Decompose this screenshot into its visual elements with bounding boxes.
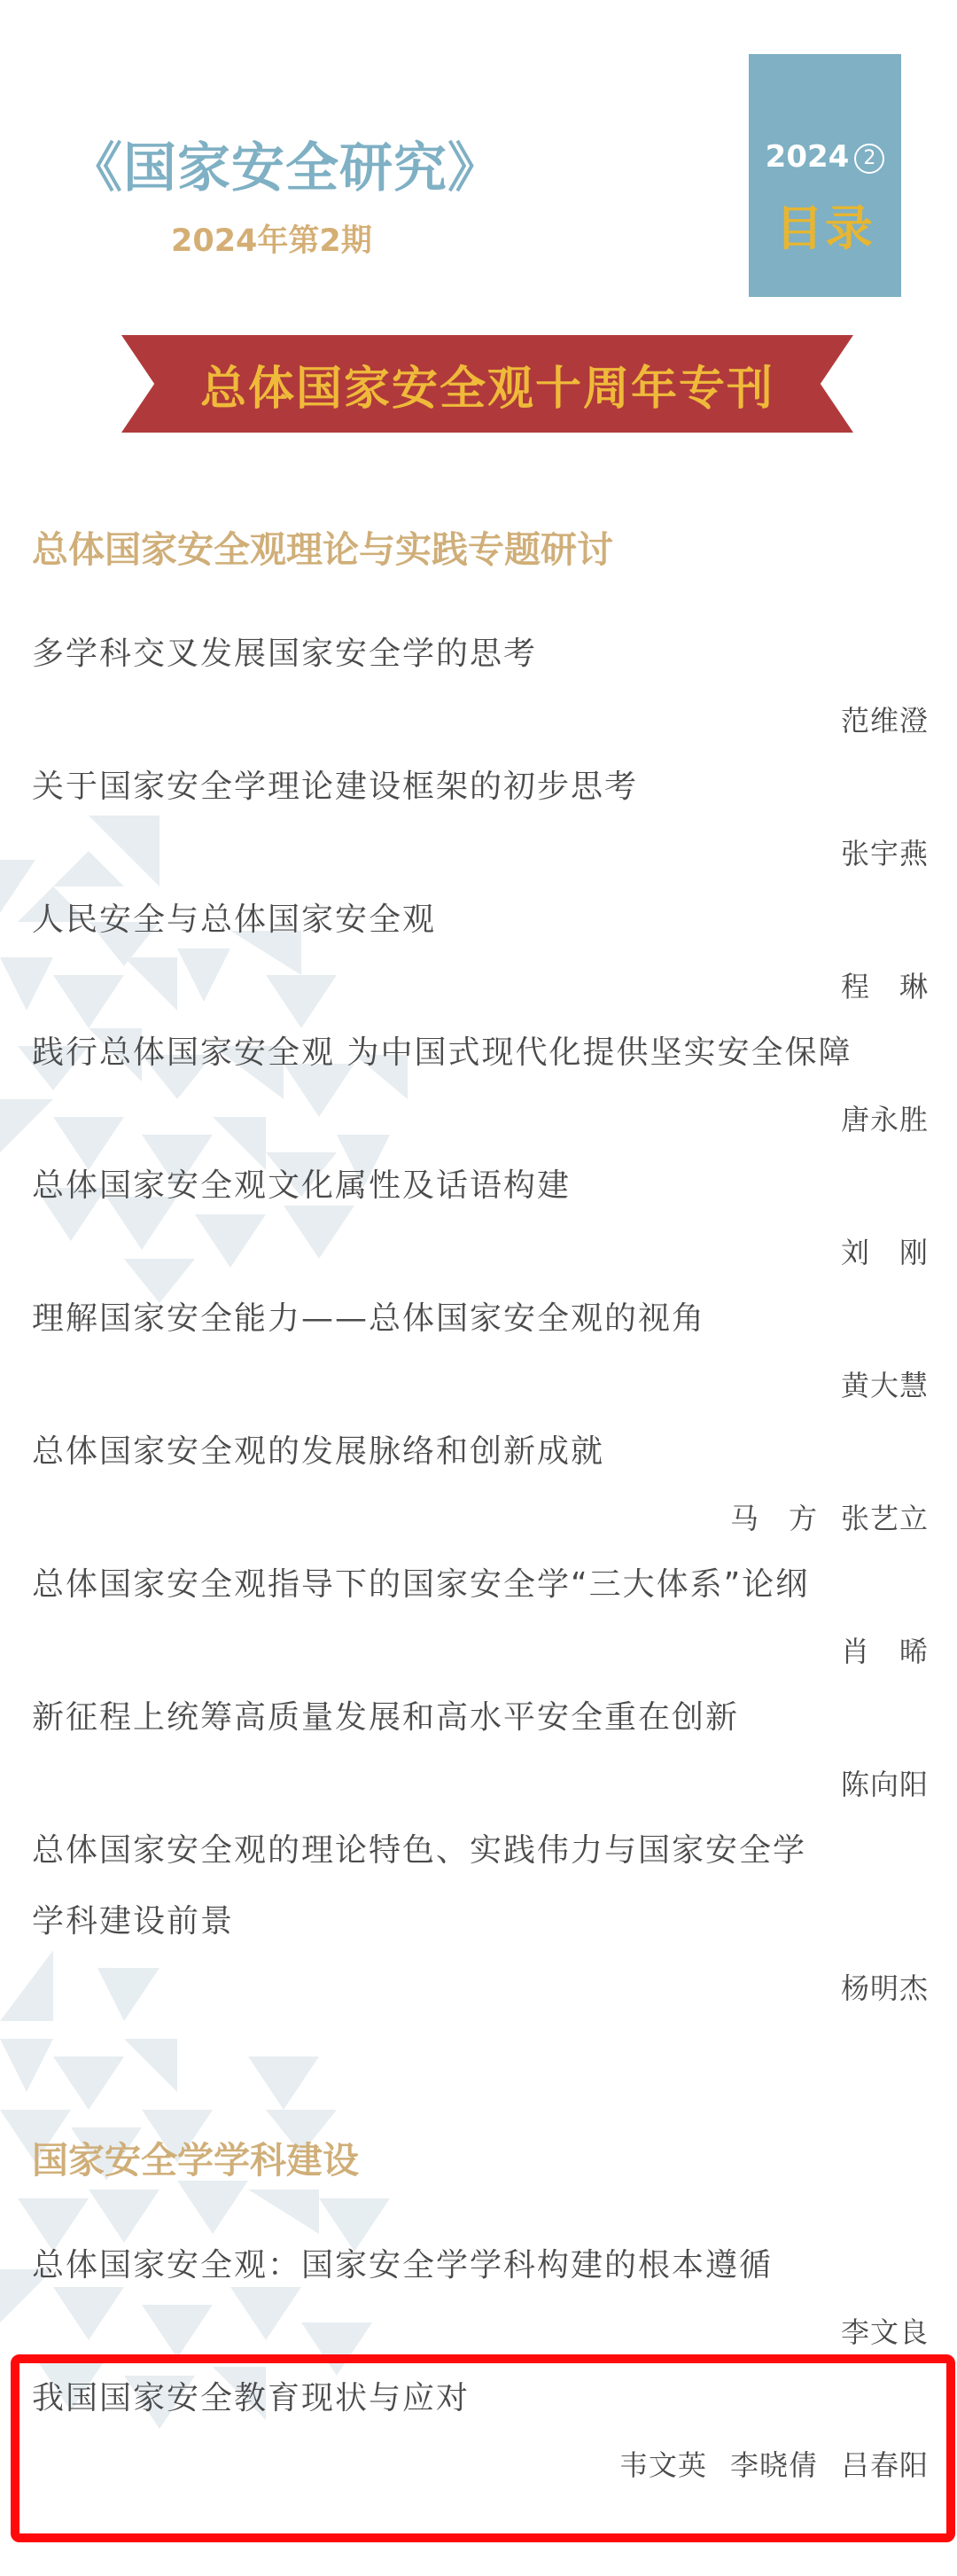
author: 马 方 <box>730 1502 818 1535</box>
entry-title[interactable]: 总体国家安全观指导下的国家安全学“三大体系”论纲 <box>32 1550 929 1620</box>
entry-authors: 杨明杰 <box>32 1957 929 2019</box>
section-heading: 国家安全学学科建设 <box>32 2135 359 2185</box>
toc-entry[interactable]: 总体国家安全观指导下的国家安全学“三大体系”论纲 肖 晞 <box>32 1550 929 1682</box>
author: 刘 刚 <box>841 1236 929 1269</box>
toc-entry[interactable]: 践行总体国家安全观 为中国式现代化提供坚实安全保障 唐永胜 <box>32 1018 929 1151</box>
author: 韦文英 <box>619 2448 707 2482</box>
entry-title[interactable]: 总体国家安全观：国家安全学学科构建的根本遵循 <box>32 2230 929 2301</box>
badge-year-line: 20242 <box>749 139 901 175</box>
entry-authors: 肖 晞 <box>32 1620 929 1682</box>
author: 陈向阳 <box>841 1768 929 1801</box>
author: 唐永胜 <box>841 1103 929 1136</box>
author: 杨明杰 <box>841 1971 929 2005</box>
author: 范维澄 <box>841 704 929 738</box>
author: 张艺立 <box>841 1502 929 1535</box>
entry-authors: 唐永胜 <box>32 1089 929 1151</box>
entry-authors: 陈向阳 <box>32 1753 929 1815</box>
entry-title[interactable]: 理解国家安全能力——总体国家安全观的视角 <box>32 1284 929 1354</box>
author: 张宇燕 <box>841 837 929 870</box>
toc-entry[interactable]: 总体国家安全观：国家安全学学科构建的根本遵循 李文良 <box>32 2230 929 2363</box>
toc-entry[interactable]: 人民安全与总体国家安全观 程 琳 <box>32 885 929 1018</box>
entry-authors: 程 琳 <box>32 956 929 1018</box>
special-issue-banner: 总体国家安全观十周年专刊 <box>121 335 853 433</box>
toc-entry[interactable]: 关于国家安全学理论建设框架的初步思考 张宇燕 <box>32 752 929 885</box>
issue-number-circle: 2 <box>854 144 884 174</box>
toc-entry[interactable]: 总体国家安全观的发展脉络和创新成就 马 方张艺立 <box>32 1417 929 1550</box>
issue-subtitle: 2024年第2期 <box>171 220 372 262</box>
author: 李文良 <box>841 2315 929 2349</box>
toc-entry[interactable]: 理解国家安全能力——总体国家安全观的视角 黄大慧 <box>32 1284 929 1417</box>
author: 黄大慧 <box>841 1369 929 1402</box>
badge-toc-label: 目录 <box>749 200 901 257</box>
journal-title: 《国家安全研究》 <box>69 133 502 204</box>
toc-entry-highlighted[interactable]: 我国国家安全教育现状与应对 韦文英李晓倩吕春阳 <box>32 2363 929 2496</box>
entry-authors: 韦文英李晓倩吕春阳 <box>32 2434 929 2496</box>
author: 肖 晞 <box>841 1635 929 1668</box>
banner-text: 总体国家安全观十周年专刊 <box>121 335 853 433</box>
entry-authors: 刘 刚 <box>32 1222 929 1284</box>
author: 李晓倩 <box>730 2448 818 2482</box>
entry-title[interactable]: 新征程上统筹高质量发展和高水平安全重在创新 <box>32 1682 929 1753</box>
toc-entry[interactable]: 多学科交叉发展国家安全学的思考 范维澄 <box>32 619 929 752</box>
entry-title[interactable]: 践行总体国家安全观 为中国式现代化提供坚实安全保障 <box>32 1018 929 1089</box>
badge-year: 2024 <box>766 139 850 175</box>
entry-title-line-1[interactable]: 总体国家安全观的理论特色、实践伟力与国家安全学 <box>32 1815 929 1886</box>
entry-title[interactable]: 关于国家安全学理论建设框架的初步思考 <box>32 752 929 823</box>
entry-title[interactable]: 我国国家安全教育现状与应对 <box>32 2363 929 2434</box>
entry-title[interactable]: 人民安全与总体国家安全观 <box>32 885 929 956</box>
section-heading: 总体国家安全观理论与实践专题研讨 <box>32 525 613 574</box>
toc-entry[interactable]: 新征程上统筹高质量发展和高水平安全重在创新 陈向阳 <box>32 1682 929 1815</box>
entry-title[interactable]: 总体国家安全观的发展脉络和创新成就 <box>32 1417 929 1487</box>
toc-entry[interactable]: 总体国家安全观的理论特色、实践伟力与国家安全学 学科建设前景 杨明杰 <box>32 1815 929 2019</box>
entry-title[interactable]: 总体国家安全观文化属性及话语构建 <box>32 1151 929 1222</box>
toc-entry[interactable]: 总体国家安全观文化属性及话语构建 刘 刚 <box>32 1151 929 1284</box>
entry-authors: 黄大慧 <box>32 1354 929 1417</box>
toc-badge: 20242 目录 <box>749 54 901 297</box>
author: 程 琳 <box>841 970 929 1003</box>
entry-authors: 张宇燕 <box>32 823 929 885</box>
author: 吕春阳 <box>841 2448 929 2482</box>
entry-title[interactable]: 多学科交叉发展国家安全学的思考 <box>32 619 929 690</box>
entry-authors: 范维澄 <box>32 690 929 752</box>
entry-authors: 马 方张艺立 <box>32 1487 929 1550</box>
entry-title-line-2[interactable]: 学科建设前景 <box>32 1886 929 1957</box>
